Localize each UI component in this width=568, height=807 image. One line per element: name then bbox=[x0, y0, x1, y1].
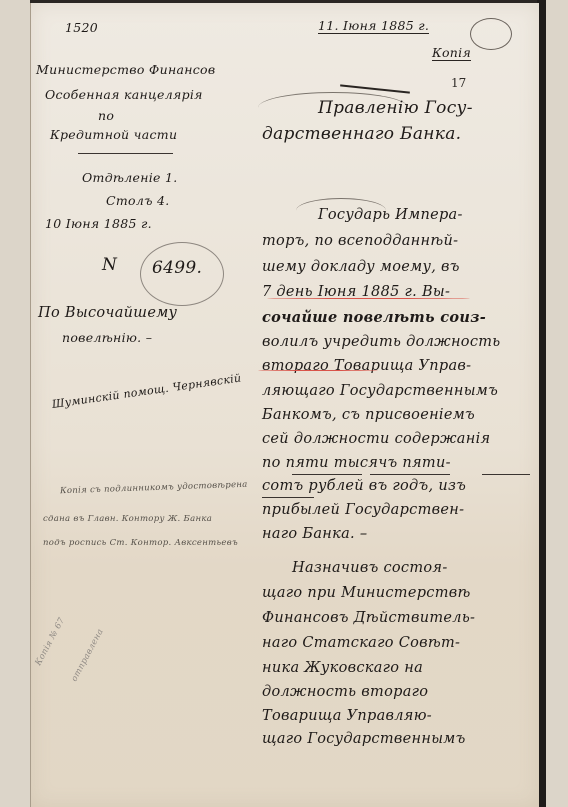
body2-line-1: Назначивъ состоя- bbox=[292, 560, 448, 576]
body-line-12: сотъ рублей въ годъ, изъ bbox=[262, 478, 466, 494]
document-date: 11. Іюня 1885 г. bbox=[318, 18, 429, 34]
section-label: Отдѣленіе 1. bbox=[82, 170, 178, 185]
underline-five-hundred bbox=[482, 474, 530, 475]
department-name: Кредитной части bbox=[50, 127, 177, 142]
underline-thousand bbox=[370, 474, 450, 475]
outgoing-number: 6499. bbox=[152, 258, 202, 278]
date-flourish bbox=[470, 18, 512, 50]
addressee-line-1: Правленію Госу- bbox=[318, 98, 473, 118]
red-underline-date bbox=[267, 298, 470, 299]
body-line-1: Государь Импера- bbox=[318, 207, 463, 223]
body2-line-5: ника Жуковскаго на bbox=[262, 660, 423, 676]
body2-line-4: наго Статскаго Совѣт- bbox=[262, 635, 460, 651]
red-underline-position bbox=[258, 370, 378, 371]
folio-number: 17 bbox=[451, 76, 466, 90]
body-line-14: наго Банка. – bbox=[262, 526, 367, 542]
body-line-7: втораго Товарища Управ- bbox=[262, 358, 471, 374]
body2-line-7: Товарища Управляю- bbox=[262, 708, 432, 724]
by-order-line-2: повелѣнію. – bbox=[62, 330, 152, 345]
body2-line-6: должность втораго bbox=[262, 684, 428, 700]
underline-hundred bbox=[262, 497, 314, 498]
body2-line-3: Финансовъ Дѣйствитель- bbox=[262, 610, 475, 626]
underline-five bbox=[292, 474, 362, 475]
body-line-10: сей должности содержанія bbox=[262, 431, 490, 447]
certification-note-3: подъ роспись Ст. Контор. Авксентьевъ bbox=[43, 538, 238, 548]
desk-label: Столъ 4. bbox=[106, 193, 170, 208]
addressee-line-2: дарственнаго Банка. bbox=[262, 124, 461, 144]
body-line-5: сочайше повелѣть соиз- bbox=[262, 309, 486, 326]
body-line-2: торъ, по всеподданнѣй- bbox=[262, 233, 458, 249]
copy-label: Копія bbox=[432, 45, 471, 61]
by-order-line-1: По Высочайшему bbox=[38, 305, 177, 321]
body-line-8: ляющаго Государственнымъ bbox=[262, 383, 498, 399]
body-line-13: прибылей Государствен- bbox=[262, 502, 464, 518]
number-prefix: N bbox=[102, 255, 117, 275]
body-line-9: Банкомъ, съ присвоеніемъ bbox=[262, 407, 475, 423]
body2-line-2: щаго при Министерствѣ bbox=[262, 585, 471, 601]
body-line-11: по пяти тысячъ пяти- bbox=[262, 455, 451, 471]
body2-line-8: щаго Государственнымъ bbox=[262, 731, 466, 747]
certification-note-2: сдана въ Главн. Контору Ж. Банка bbox=[43, 514, 212, 524]
body-line-3: шему докладу моему, въ bbox=[262, 259, 460, 275]
registration-date: 10 Іюня 1885 г. bbox=[45, 216, 152, 231]
ministry-name: Министерство Финансов bbox=[36, 62, 215, 77]
by-label: по bbox=[98, 108, 114, 123]
body-line-6: волилъ учредить должность bbox=[262, 334, 501, 350]
registry-number: 1520 bbox=[65, 20, 98, 35]
header-rule bbox=[78, 153, 173, 154]
chancellery-name: Особенная канцелярія bbox=[45, 87, 203, 102]
